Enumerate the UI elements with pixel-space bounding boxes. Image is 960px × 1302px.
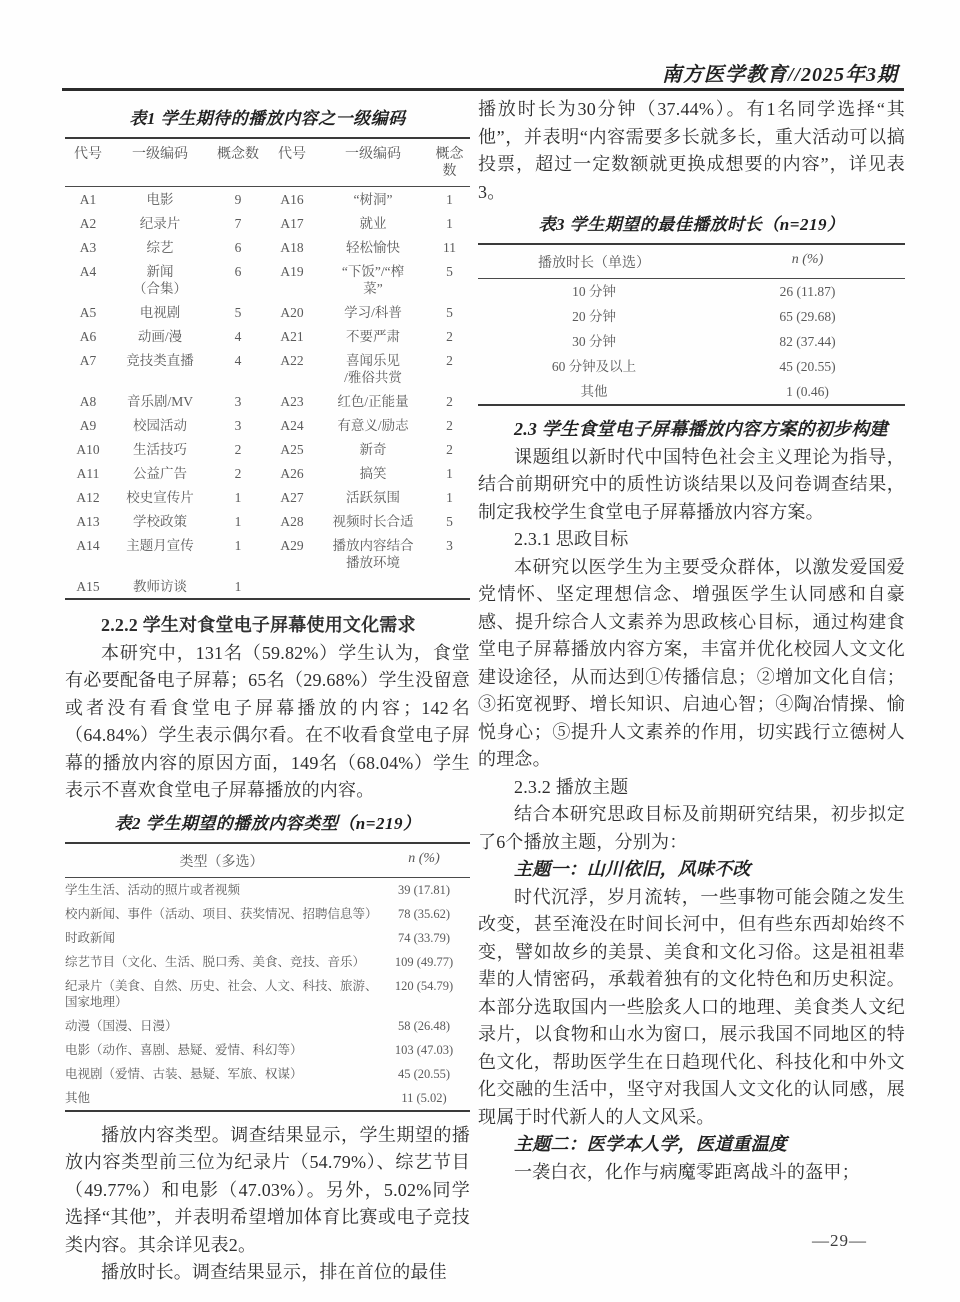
table-row: 时政新闻 74 (33.79) <box>65 926 470 950</box>
table-row: 动漫（国漫、日漫） 58 (26.48) <box>65 1014 470 1038</box>
code-cell: A6 <box>65 324 111 348</box>
count-cell: 9 <box>209 187 267 211</box>
count-cell: 2 <box>209 461 267 485</box>
table-row: 10 分钟 26 (11.87) <box>478 279 905 304</box>
section-2-3-2-body: 结合本研究思政目标及前期研究结果，初步拟定了6个播放主题，分别为： <box>478 801 905 856</box>
count-cell: 74 (33.79) <box>378 926 470 950</box>
count-cell: 4 <box>209 324 267 348</box>
table-row: 其他 11 (5.02) <box>65 1086 470 1110</box>
type-cell: 电视剧（爱情、古装、悬疑、军旅、权谋） <box>65 1062 378 1086</box>
journal-header: 南方医学教育//2025年3期 <box>662 58 898 87</box>
label-cell: 学习/科普 <box>317 300 429 324</box>
code-cell: A16 <box>267 187 317 211</box>
count-cell: 11 <box>429 235 470 259</box>
count-cell: 7 <box>209 211 267 235</box>
duration-cell: 10 分钟 <box>478 279 710 304</box>
count-cell: 82 (37.44) <box>710 329 905 354</box>
count-cell: 3 <box>429 533 470 574</box>
label-cell: 教师访谈 <box>111 574 209 598</box>
page-number: —29— <box>812 1231 867 1251</box>
type-cell: 综艺节目（文化、生活、脱口秀、美食、竞技、音乐） <box>65 950 378 974</box>
label-cell <box>317 574 429 598</box>
table2-col-header: n (%) <box>378 844 470 877</box>
label-cell: 电影 <box>111 187 209 211</box>
table-3: 播放时长（单选） n (%) 10 分钟 26 (11.87) 20 分钟 65… <box>478 243 905 406</box>
code-cell: A24 <box>267 413 317 437</box>
code-cell: A20 <box>267 300 317 324</box>
count-cell: 6 <box>209 235 267 259</box>
table-row: A5 电视剧 5 A20 学习/科普 5 <box>65 300 470 324</box>
label-cell: 动画/漫 <box>111 324 209 348</box>
code-cell <box>267 574 317 598</box>
count-cell: 6 <box>209 259 267 300</box>
code-cell: A13 <box>65 509 111 533</box>
table3-col-header: n (%) <box>710 245 905 278</box>
table-row: 电影（动作、喜剧、悬疑、爱情、科幻等） 103 (47.03) <box>65 1038 470 1062</box>
table-row: 电视剧（爱情、古装、悬疑、军旅、权谋） 45 (20.55) <box>65 1062 470 1086</box>
count-cell: 39 (17.81) <box>378 878 470 902</box>
section-2-3-heading: 2.3 学生食堂电子屏幕播放内容方案的初步构建 <box>478 416 905 444</box>
count-cell: 45 (20.55) <box>710 354 905 379</box>
code-cell: A22 <box>267 348 317 389</box>
label-cell: 竞技类直播 <box>111 348 209 389</box>
duration-cell: 60 分钟及以上 <box>478 354 710 379</box>
table-row: 30 分钟 82 (37.44) <box>478 329 905 354</box>
table2-header-row: 类型（多选） n (%) <box>65 844 470 878</box>
type-cell: 时政新闻 <box>65 926 378 950</box>
table3-col-header: 播放时长（单选） <box>478 245 710 278</box>
code-cell: A9 <box>65 413 111 437</box>
count-cell: 1 <box>209 509 267 533</box>
table-row: A7 竞技类直播 4 A22 喜闻乐见 /雅俗共赏 2 <box>65 348 470 389</box>
count-cell: 26 (11.87) <box>710 279 905 304</box>
left-column: 表1 学生期待的播放内容之一级编码 代号 一级编码 概念数 代号 一级编码 概念… <box>65 94 470 1287</box>
continued-paragraph: 播放时长为30分钟（37.44%）。有1名同学选择“其他”，并表明“内容需要多长… <box>478 96 905 206</box>
header-rule <box>62 88 904 91</box>
code-cell: A2 <box>65 211 111 235</box>
code-cell: A17 <box>267 211 317 235</box>
count-cell: 2 <box>429 413 470 437</box>
table-row: A10 生活技巧 2 A25 新奇 2 <box>65 437 470 461</box>
count-cell: 1 <box>429 211 470 235</box>
table-row: A3 综艺 6 A18 轻松愉快 11 <box>65 235 470 259</box>
label-cell: 生活技巧 <box>111 437 209 461</box>
table1-col-header: 代号 <box>65 139 111 186</box>
table-2: 类型（多选） n (%) 学生生活、活动的照片或者视频 39 (17.81) 校… <box>65 842 470 1112</box>
table-row: A6 动画/漫 4 A21 不要严肃 2 <box>65 324 470 348</box>
table-1: 代号 一级编码 概念数 代号 一级编码 概念数 A1 电影 9 A16 “树洞”… <box>65 137 470 600</box>
count-cell: 5 <box>429 509 470 533</box>
label-cell: “下饭”/“榨 菜” <box>317 259 429 300</box>
duration-cell: 其他 <box>478 379 710 404</box>
label-cell: 综艺 <box>111 235 209 259</box>
type-cell: 校内新闻、事件（活动、项目、获奖情况、招聘信息等） <box>65 902 378 926</box>
count-cell: 2 <box>429 389 470 413</box>
right-column: 播放时长为30分钟（37.44%）。有1名同学选择“其他”，并表明“内容需要多长… <box>478 94 905 1186</box>
table2-body: 学生生活、活动的照片或者视频 39 (17.81) 校内新闻、事件（活动、项目、… <box>65 878 470 1110</box>
section-2-3-1-body: 本研究以医学生为主要受众群体，以激发爱国爱党情怀、坚定理想信念、增强医学生认同感… <box>478 554 905 774</box>
label-cell: 学校政策 <box>111 509 209 533</box>
code-cell: A14 <box>65 533 111 574</box>
count-cell: 5 <box>209 300 267 324</box>
label-cell: 搞笑 <box>317 461 429 485</box>
code-cell: A12 <box>65 485 111 509</box>
theme2-heading: 主题二：医学本人学，医道重温度 <box>478 1131 905 1159</box>
code-cell: A25 <box>267 437 317 461</box>
section-2-2-2-heading: 2.2.2 学生对食堂电子屏幕使用文化需求 <box>65 612 470 640</box>
table-row: 20 分钟 65 (29.68) <box>478 304 905 329</box>
content-type-paragraph: 播放内容类型。调查结果显示，学生期望的播放内容类型前三位为纪录片（54.79%）… <box>65 1122 470 1260</box>
label-cell: 不要严肃 <box>317 324 429 348</box>
table1-col-header: 代号 <box>267 139 317 186</box>
code-cell: A28 <box>267 509 317 533</box>
section-2-2-2-body: 本研究中，131名（59.82%）学生认为，食堂有必要配备电子屏幕；65名（29… <box>65 640 470 805</box>
table1-col-header: 一级编码 <box>111 139 209 186</box>
code-cell: A21 <box>267 324 317 348</box>
label-cell: “树洞” <box>317 187 429 211</box>
code-cell: A1 <box>65 187 111 211</box>
count-cell: 2 <box>429 348 470 389</box>
code-cell: A10 <box>65 437 111 461</box>
label-cell: 校园活动 <box>111 413 209 437</box>
label-cell: 活跃氛围 <box>317 485 429 509</box>
label-cell: 校史宣传片 <box>111 485 209 509</box>
code-cell: A11 <box>65 461 111 485</box>
count-cell: 1 <box>209 485 267 509</box>
table-row: 综艺节目（文化、生活、脱口秀、美食、竞技、音乐） 109 (49.77) <box>65 950 470 974</box>
type-cell: 其他 <box>65 1086 378 1110</box>
theme1-heading: 主题一：山川依旧，风味不改 <box>478 856 905 884</box>
count-cell: 1 <box>429 187 470 211</box>
label-cell: 主题月宣传 <box>111 533 209 574</box>
table1-title: 表1 学生期待的播放内容之一级编码 <box>65 104 470 129</box>
table-row: A15 教师访谈 1 <box>65 574 470 598</box>
code-cell: A4 <box>65 259 111 300</box>
count-cell: 4 <box>209 348 267 389</box>
count-cell: 2 <box>429 324 470 348</box>
code-cell: A29 <box>267 533 317 574</box>
table1-col-header: 概念数 <box>429 139 470 186</box>
table-row: 学生生活、活动的照片或者视频 39 (17.81) <box>65 878 470 902</box>
count-cell: 11 (5.02) <box>378 1086 470 1110</box>
section-2-3-2-heading: 2.3.2 播放主题 <box>478 774 905 802</box>
label-cell: 有意义/励志 <box>317 413 429 437</box>
count-cell: 1 (0.46) <box>710 379 905 404</box>
count-cell: 78 (35.62) <box>378 902 470 926</box>
table1-body: A1 电影 9 A16 “树洞” 1 A2 纪录片 7 A17 就业 1 A3 … <box>65 187 470 598</box>
theme1-body: 时代沉浮，岁月流转，一些事物可能会随之发生改变，甚至淹没在时间长河中，但有些东西… <box>478 884 905 1132</box>
count-cell: 45 (20.55) <box>378 1062 470 1086</box>
count-cell: 58 (26.48) <box>378 1014 470 1038</box>
count-cell: 3 <box>209 413 267 437</box>
table-row: A11 公益广告 2 A26 搞笑 1 <box>65 461 470 485</box>
label-cell: 就业 <box>317 211 429 235</box>
count-cell: 2 <box>429 437 470 461</box>
code-cell: A27 <box>267 485 317 509</box>
label-cell: 电视剧 <box>111 300 209 324</box>
count-cell <box>429 574 470 598</box>
table-row: A12 校史宣传片 1 A27 活跃氛围 1 <box>65 485 470 509</box>
table2-title: 表2 学生期望的播放内容类型（n=219） <box>65 809 470 834</box>
type-cell: 学生生活、活动的照片或者视频 <box>65 878 378 902</box>
theme2-body: 一袭白衣，化作与病魔零距离战斗的盔甲； <box>478 1159 905 1187</box>
code-cell: A15 <box>65 574 111 598</box>
code-cell: A23 <box>267 389 317 413</box>
count-cell: 5 <box>429 300 470 324</box>
count-cell: 1 <box>209 574 267 598</box>
table3-header-row: 播放时长（单选） n (%) <box>478 245 905 279</box>
count-cell: 103 (47.03) <box>378 1038 470 1062</box>
duration-paragraph: 播放时长。调查结果显示，排在首位的最佳 <box>65 1259 470 1287</box>
table3-title: 表3 学生期望的最佳播放时长（n=219） <box>478 210 905 235</box>
type-cell: 电影（动作、喜剧、悬疑、爱情、科幻等） <box>65 1038 378 1062</box>
duration-cell: 30 分钟 <box>478 329 710 354</box>
label-cell: 喜闻乐见 /雅俗共赏 <box>317 348 429 389</box>
type-cell: 纪录片（美食、自然、历史、社会、人文、科技、旅游、 国家地理） <box>65 974 378 1014</box>
count-cell: 3 <box>209 389 267 413</box>
code-cell: A3 <box>65 235 111 259</box>
code-cell: A7 <box>65 348 111 389</box>
code-cell: A26 <box>267 461 317 485</box>
table-row: A13 学校政策 1 A28 视频时长合适 5 <box>65 509 470 533</box>
label-cell: 播放内容结合 播放环境 <box>317 533 429 574</box>
count-cell: 1 <box>429 485 470 509</box>
section-2-3-body: 课题组以新时代中国特色社会主义理论为指导，结合前期研究中的质性访谈结果以及问卷调… <box>478 444 905 527</box>
table-row: A8 音乐剧/MV 3 A23 红色/正能量 2 <box>65 389 470 413</box>
label-cell: 红色/正能量 <box>317 389 429 413</box>
table-row: 60 分钟及以上 45 (20.55) <box>478 354 905 379</box>
journal-page: 南方医学教育//2025年3期 表1 学生期待的播放内容之一级编码 代号 一级编… <box>0 0 960 1302</box>
table-row: 其他 1 (0.46) <box>478 379 905 404</box>
table-row: A2 纪录片 7 A17 就业 1 <box>65 211 470 235</box>
label-cell: 视频时长合适 <box>317 509 429 533</box>
code-cell: A18 <box>267 235 317 259</box>
code-cell: A5 <box>65 300 111 324</box>
table1-col-header: 概念数 <box>209 139 267 186</box>
label-cell: 音乐剧/MV <box>111 389 209 413</box>
table-row: 纪录片（美食、自然、历史、社会、人文、科技、旅游、 国家地理） 120 (54.… <box>65 974 470 1014</box>
code-cell: A19 <box>267 259 317 300</box>
label-cell: 新闻 （合集） <box>111 259 209 300</box>
label-cell: 公益广告 <box>111 461 209 485</box>
label-cell: 新奇 <box>317 437 429 461</box>
duration-cell: 20 分钟 <box>478 304 710 329</box>
label-cell: 纪录片 <box>111 211 209 235</box>
table1-col-header: 一级编码 <box>317 139 429 186</box>
count-cell: 65 (29.68) <box>710 304 905 329</box>
count-cell: 1 <box>429 461 470 485</box>
count-cell: 1 <box>209 533 267 574</box>
count-cell: 120 (54.79) <box>378 974 470 1014</box>
table-row: A1 电影 9 A16 “树洞” 1 <box>65 187 470 211</box>
table-row: 校内新闻、事件（活动、项目、获奖情况、招聘信息等） 78 (35.62) <box>65 902 470 926</box>
count-cell: 109 (49.77) <box>378 950 470 974</box>
table2-col-header: 类型（多选） <box>65 844 378 877</box>
code-cell: A8 <box>65 389 111 413</box>
section-2-3-1-heading: 2.3.1 思政目标 <box>478 526 905 554</box>
table-row: A4 新闻 （合集） 6 A19 “下饭”/“榨 菜” 5 <box>65 259 470 300</box>
table-row: A14 主题月宣传 1 A29 播放内容结合 播放环境 3 <box>65 533 470 574</box>
count-cell: 2 <box>209 437 267 461</box>
label-cell: 轻松愉快 <box>317 235 429 259</box>
table-row: A9 校园活动 3 A24 有意义/励志 2 <box>65 413 470 437</box>
table3-body: 10 分钟 26 (11.87) 20 分钟 65 (29.68) 30 分钟 … <box>478 279 905 404</box>
type-cell: 动漫（国漫、日漫） <box>65 1014 378 1038</box>
count-cell: 5 <box>429 259 470 300</box>
table1-header-row: 代号 一级编码 概念数 代号 一级编码 概念数 <box>65 139 470 187</box>
